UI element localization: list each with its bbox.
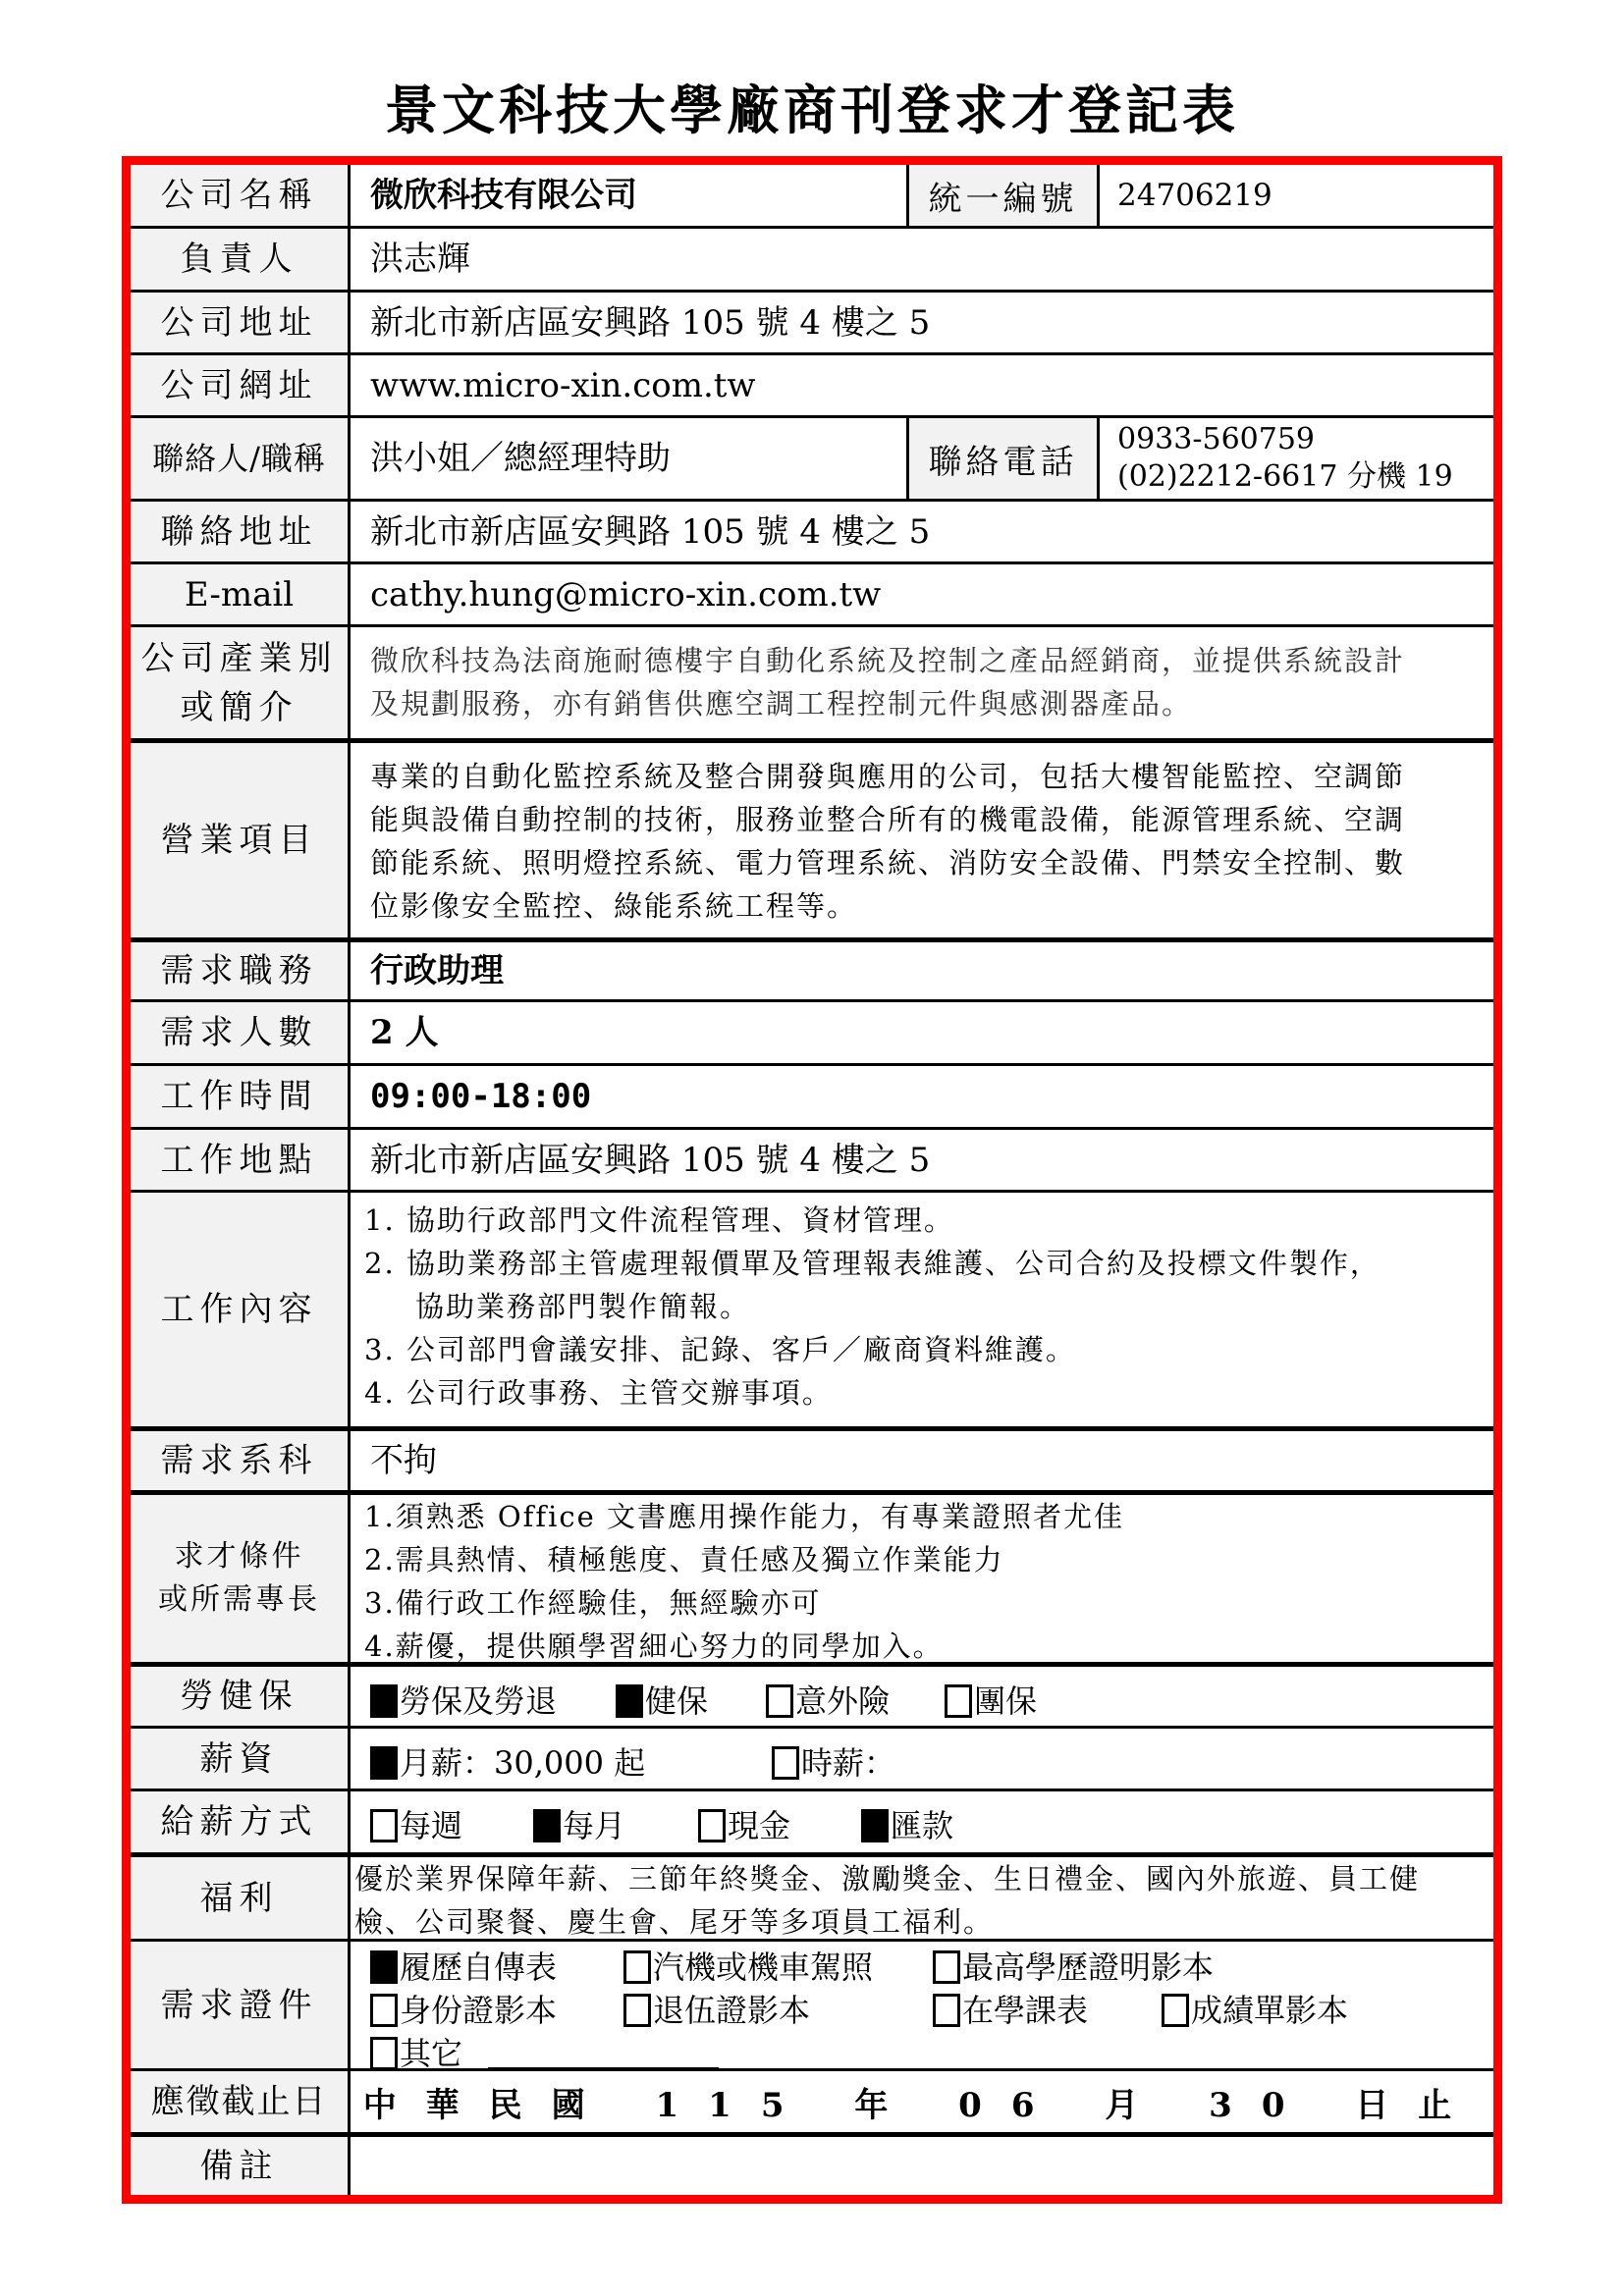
checkbox-drivers-license[interactable]: 汽機或機車駕照	[623, 1946, 873, 1989]
checkbox-checked-icon	[370, 1684, 398, 1718]
row-location: 工作地點 新北市新店區安興路 105 號 4 樓之 5	[131, 1127, 1493, 1190]
row-position: 需求職務 行政助理	[131, 937, 1493, 999]
label-industry: 公司產業別 或簡介	[131, 627, 351, 738]
label-website: 公司網址	[131, 355, 351, 415]
location-value: 新北市新店區安興路 105 號 4 樓之 5	[351, 1130, 1493, 1190]
checkbox-unchecked-icon	[933, 1950, 960, 1984]
benefits-text: 優於業界保障年薪、三節年終獎金、激勵獎金、生日禮金、國內外旅遊、員工健 檢、公司…	[351, 1857, 1493, 1939]
label-email: E-mail	[131, 564, 351, 624]
checkbox-unchecked-icon	[945, 1684, 972, 1718]
row-headcount: 需求人數 2 人	[131, 999, 1493, 1063]
row-industry: 公司產業別 或簡介 微欣科技為法商施耐德樓宇自動化系統及控制之產品經銷商，並提供…	[131, 624, 1493, 738]
requirements-list: 1.須熟悉 Office 文書應用操作能力，有專業證照者尤佳 2.需具熱情、積極…	[351, 1495, 1493, 1662]
row-documents: 需求證件 履歷自傳表 汽機或機車駕照 最高學歷證明影本 身份證影本 退伍證影本 …	[131, 1939, 1493, 2068]
row-benefits: 福利 優於業界保障年薪、三節年終獎金、激勵獎金、生日禮金、國內外旅遊、員工健 檢…	[131, 1852, 1493, 1939]
row-owner: 負責人 洪志輝	[131, 226, 1493, 290]
row-department: 需求系科 不拘	[131, 1426, 1493, 1490]
checkbox-class-schedule[interactable]: 在學課表	[933, 1989, 1088, 2032]
registration-form-table: 公司名稱 微欣科技有限公司 統一編號 24706219 負責人 洪志輝 公司地址…	[122, 156, 1502, 2204]
row-hours: 工作時間 09:00-18:00	[131, 1063, 1493, 1127]
checkbox-resume[interactable]: 履歷自傳表	[370, 1946, 557, 1989]
checkbox-unchecked-icon	[766, 1684, 793, 1718]
label-salary: 薪資	[131, 1729, 351, 1789]
checkbox-accident-insurance[interactable]: 意外險	[766, 1680, 890, 1723]
label-duties: 工作內容	[131, 1193, 351, 1426]
checkbox-unchecked-icon	[370, 1994, 398, 2027]
duties-list: 1. 協助行政部門文件流程管理、資材管理。 2. 協助業務部主管處理報價單及管理…	[351, 1193, 1493, 1426]
label-company-address: 公司地址	[131, 293, 351, 352]
checkbox-monthly[interactable]: 每月	[533, 1804, 625, 1847]
department-value: 不拘	[351, 1431, 1493, 1490]
label-tax-id: 統一編號	[906, 165, 1100, 226]
business-items-text: 專業的自動化監控系統及整合開發與應用的公司，包括大樓智能監控、空調節 能與設備自…	[351, 743, 1493, 937]
website-value: www.micro-xin.com.tw	[351, 355, 1493, 415]
checkbox-transcript[interactable]: 成績單影本	[1162, 1989, 1348, 2032]
row-duties: 工作內容 1. 協助行政部門文件流程管理、資材管理。 2. 協助業務部主管處理報…	[131, 1190, 1493, 1426]
page-title: 景文科技大學廠商刊登求才登記表	[0, 79, 1624, 141]
label-location: 工作地點	[131, 1130, 351, 1190]
industry-description: 微欣科技為法商施耐德樓宇自動化系統及控制之產品經銷商，並提供系統設計 及規劃服務…	[351, 627, 1493, 738]
label-contact: 聯絡人/職稱	[131, 418, 351, 499]
remarks-value[interactable]	[351, 2137, 1493, 2195]
checkbox-unchecked-icon	[623, 1994, 651, 2027]
duty-item: 3. 公司部門會議安排、記錄、客戶／廠商資料維護。	[364, 1328, 1478, 1371]
row-insurance: 勞健保 勞保及勞退 健保 意外險 團保	[131, 1662, 1493, 1726]
checkbox-id-copy[interactable]: 身份證影本	[370, 1989, 557, 2032]
label-remarks: 備註	[131, 2137, 351, 2195]
label-benefits: 福利	[131, 1857, 351, 1939]
label-owner: 負責人	[131, 229, 351, 290]
pay-method-options: 每週 每月 現金 匯款	[351, 1791, 1493, 1852]
row-contact-address: 聯絡地址 新北市新店區安興路 105 號 4 樓之 5	[131, 499, 1493, 561]
checkbox-diploma-copy[interactable]: 最高學歷證明影本	[933, 1946, 1214, 1989]
checkbox-bank-transfer[interactable]: 匯款	[861, 1804, 953, 1847]
checkbox-unchecked-icon	[1162, 1994, 1189, 2027]
checkbox-monthly-salary[interactable]: 月薪：30,000 起	[370, 1741, 645, 1785]
phone-office: (02)2212-6617 分機 19	[1117, 458, 1493, 496]
label-requirements: 求才條件 或所需專長	[131, 1495, 351, 1662]
contact-address-value: 新北市新店區安興路 105 號 4 樓之 5	[351, 502, 1493, 561]
requirement-item: 3.備行政工作經驗佳，無經驗亦可	[364, 1581, 1478, 1625]
checkbox-hourly-salary[interactable]: 時薪：	[772, 1741, 895, 1785]
row-company-name: 公司名稱 微欣科技有限公司 統一編號 24706219	[131, 165, 1493, 226]
checkbox-labor-insurance[interactable]: 勞保及勞退	[370, 1680, 557, 1723]
checkbox-unchecked-icon	[370, 2037, 398, 2070]
row-business-items: 營業項目 專業的自動化監控系統及整合開發與應用的公司，包括大樓智能監控、空調節 …	[131, 738, 1493, 937]
position-value: 行政助理	[351, 942, 1493, 999]
checkbox-checked-icon	[370, 1746, 398, 1780]
tax-id-value: 24706219	[1100, 165, 1493, 226]
label-business-items: 營業項目	[131, 743, 351, 937]
label-documents: 需求證件	[131, 1942, 351, 2068]
label-insurance: 勞健保	[131, 1667, 351, 1726]
label-hours: 工作時間	[131, 1066, 351, 1127]
row-salary: 薪資 月薪：30,000 起 時薪：	[131, 1726, 1493, 1789]
checkbox-health-insurance[interactable]: 健保	[616, 1680, 708, 1723]
row-deadline: 應徵截止日 中華民國 115 年 06 月 30 日止	[131, 2068, 1493, 2132]
duty-item-continued: 協助業務部門製作簡報。	[364, 1285, 1478, 1328]
checkbox-weekly[interactable]: 每週	[370, 1804, 462, 1847]
duty-item: 1. 協助行政部門文件流程管理、資材管理。	[364, 1199, 1478, 1242]
label-pay-method: 給薪方式	[131, 1791, 351, 1852]
checkbox-unchecked-icon	[698, 1809, 726, 1842]
owner-value: 洪志輝	[351, 229, 1493, 290]
label-headcount: 需求人數	[131, 1002, 351, 1063]
label-company-name: 公司名稱	[131, 165, 351, 226]
checkbox-group-insurance[interactable]: 團保	[945, 1680, 1037, 1723]
company-address-value: 新北市新店區安興路 105 號 4 樓之 5	[351, 293, 1493, 352]
duty-item: 4. 公司行政事務、主管交辦事項。	[364, 1371, 1478, 1415]
other-blank-line[interactable]	[488, 2038, 719, 2069]
label-phone: 聯絡電話	[906, 418, 1100, 499]
row-company-address: 公司地址 新北市新店區安興路 105 號 4 樓之 5	[131, 290, 1493, 352]
insurance-options: 勞保及勞退 健保 意外險 團保	[351, 1667, 1493, 1726]
email-value: cathy.hung@micro-xin.com.tw	[351, 564, 1493, 624]
salary-options: 月薪：30,000 起 時薪：	[351, 1729, 1493, 1789]
row-pay-method: 給薪方式 每週 每月 現金 匯款	[131, 1789, 1493, 1852]
checkbox-checked-icon	[370, 1950, 398, 1984]
headcount-value: 2 人	[351, 1002, 1493, 1063]
checkbox-unchecked-icon	[623, 1950, 651, 1984]
requirement-item: 2.需具熱情、積極態度、責任感及獨立作業能力	[364, 1538, 1478, 1581]
hours-value: 09:00-18:00	[351, 1066, 1493, 1127]
checkbox-checked-icon	[533, 1809, 561, 1842]
phone-mobile: 0933-560759	[1117, 421, 1493, 458]
checkbox-checked-icon	[616, 1684, 643, 1718]
checkbox-discharge-certificate[interactable]: 退伍證影本	[623, 1989, 810, 2032]
label-contact-address: 聯絡地址	[131, 502, 351, 561]
checkbox-unchecked-icon	[933, 1994, 960, 2027]
row-website: 公司網址 www.micro-xin.com.tw	[131, 352, 1493, 415]
checkbox-unchecked-icon	[772, 1746, 799, 1780]
deadline-value: 中華民國 115 年 06 月 30 日止	[351, 2071, 1493, 2132]
checkbox-unchecked-icon	[370, 1809, 398, 1842]
duty-item: 2. 協助業務部主管處理報價單及管理報表維護、公司合約及投標文件製作，	[364, 1242, 1478, 1285]
label-deadline: 應徵截止日	[131, 2071, 351, 2132]
row-contact: 聯絡人/職稱 洪小姐／總經理特助 聯絡電話 0933-560759 (02)22…	[131, 415, 1493, 499]
requirement-item: 1.須熟悉 Office 文書應用操作能力，有專業證照者尤佳	[364, 1495, 1478, 1538]
checkbox-cash[interactable]: 現金	[698, 1804, 790, 1847]
phone-values: 0933-560759 (02)2212-6617 分機 19	[1100, 418, 1493, 499]
label-department: 需求系科	[131, 1431, 351, 1490]
row-requirements: 求才條件 或所需專長 1.須熟悉 Office 文書應用操作能力，有專業證照者尤…	[131, 1490, 1493, 1662]
label-position: 需求職務	[131, 942, 351, 999]
documents-options: 履歷自傳表 汽機或機車駕照 最高學歷證明影本 身份證影本 退伍證影本 在學課表 …	[351, 1942, 1493, 2068]
row-remarks: 備註	[131, 2132, 1493, 2195]
checkbox-checked-icon	[861, 1809, 889, 1842]
row-email: E-mail cathy.hung@micro-xin.com.tw	[131, 561, 1493, 624]
